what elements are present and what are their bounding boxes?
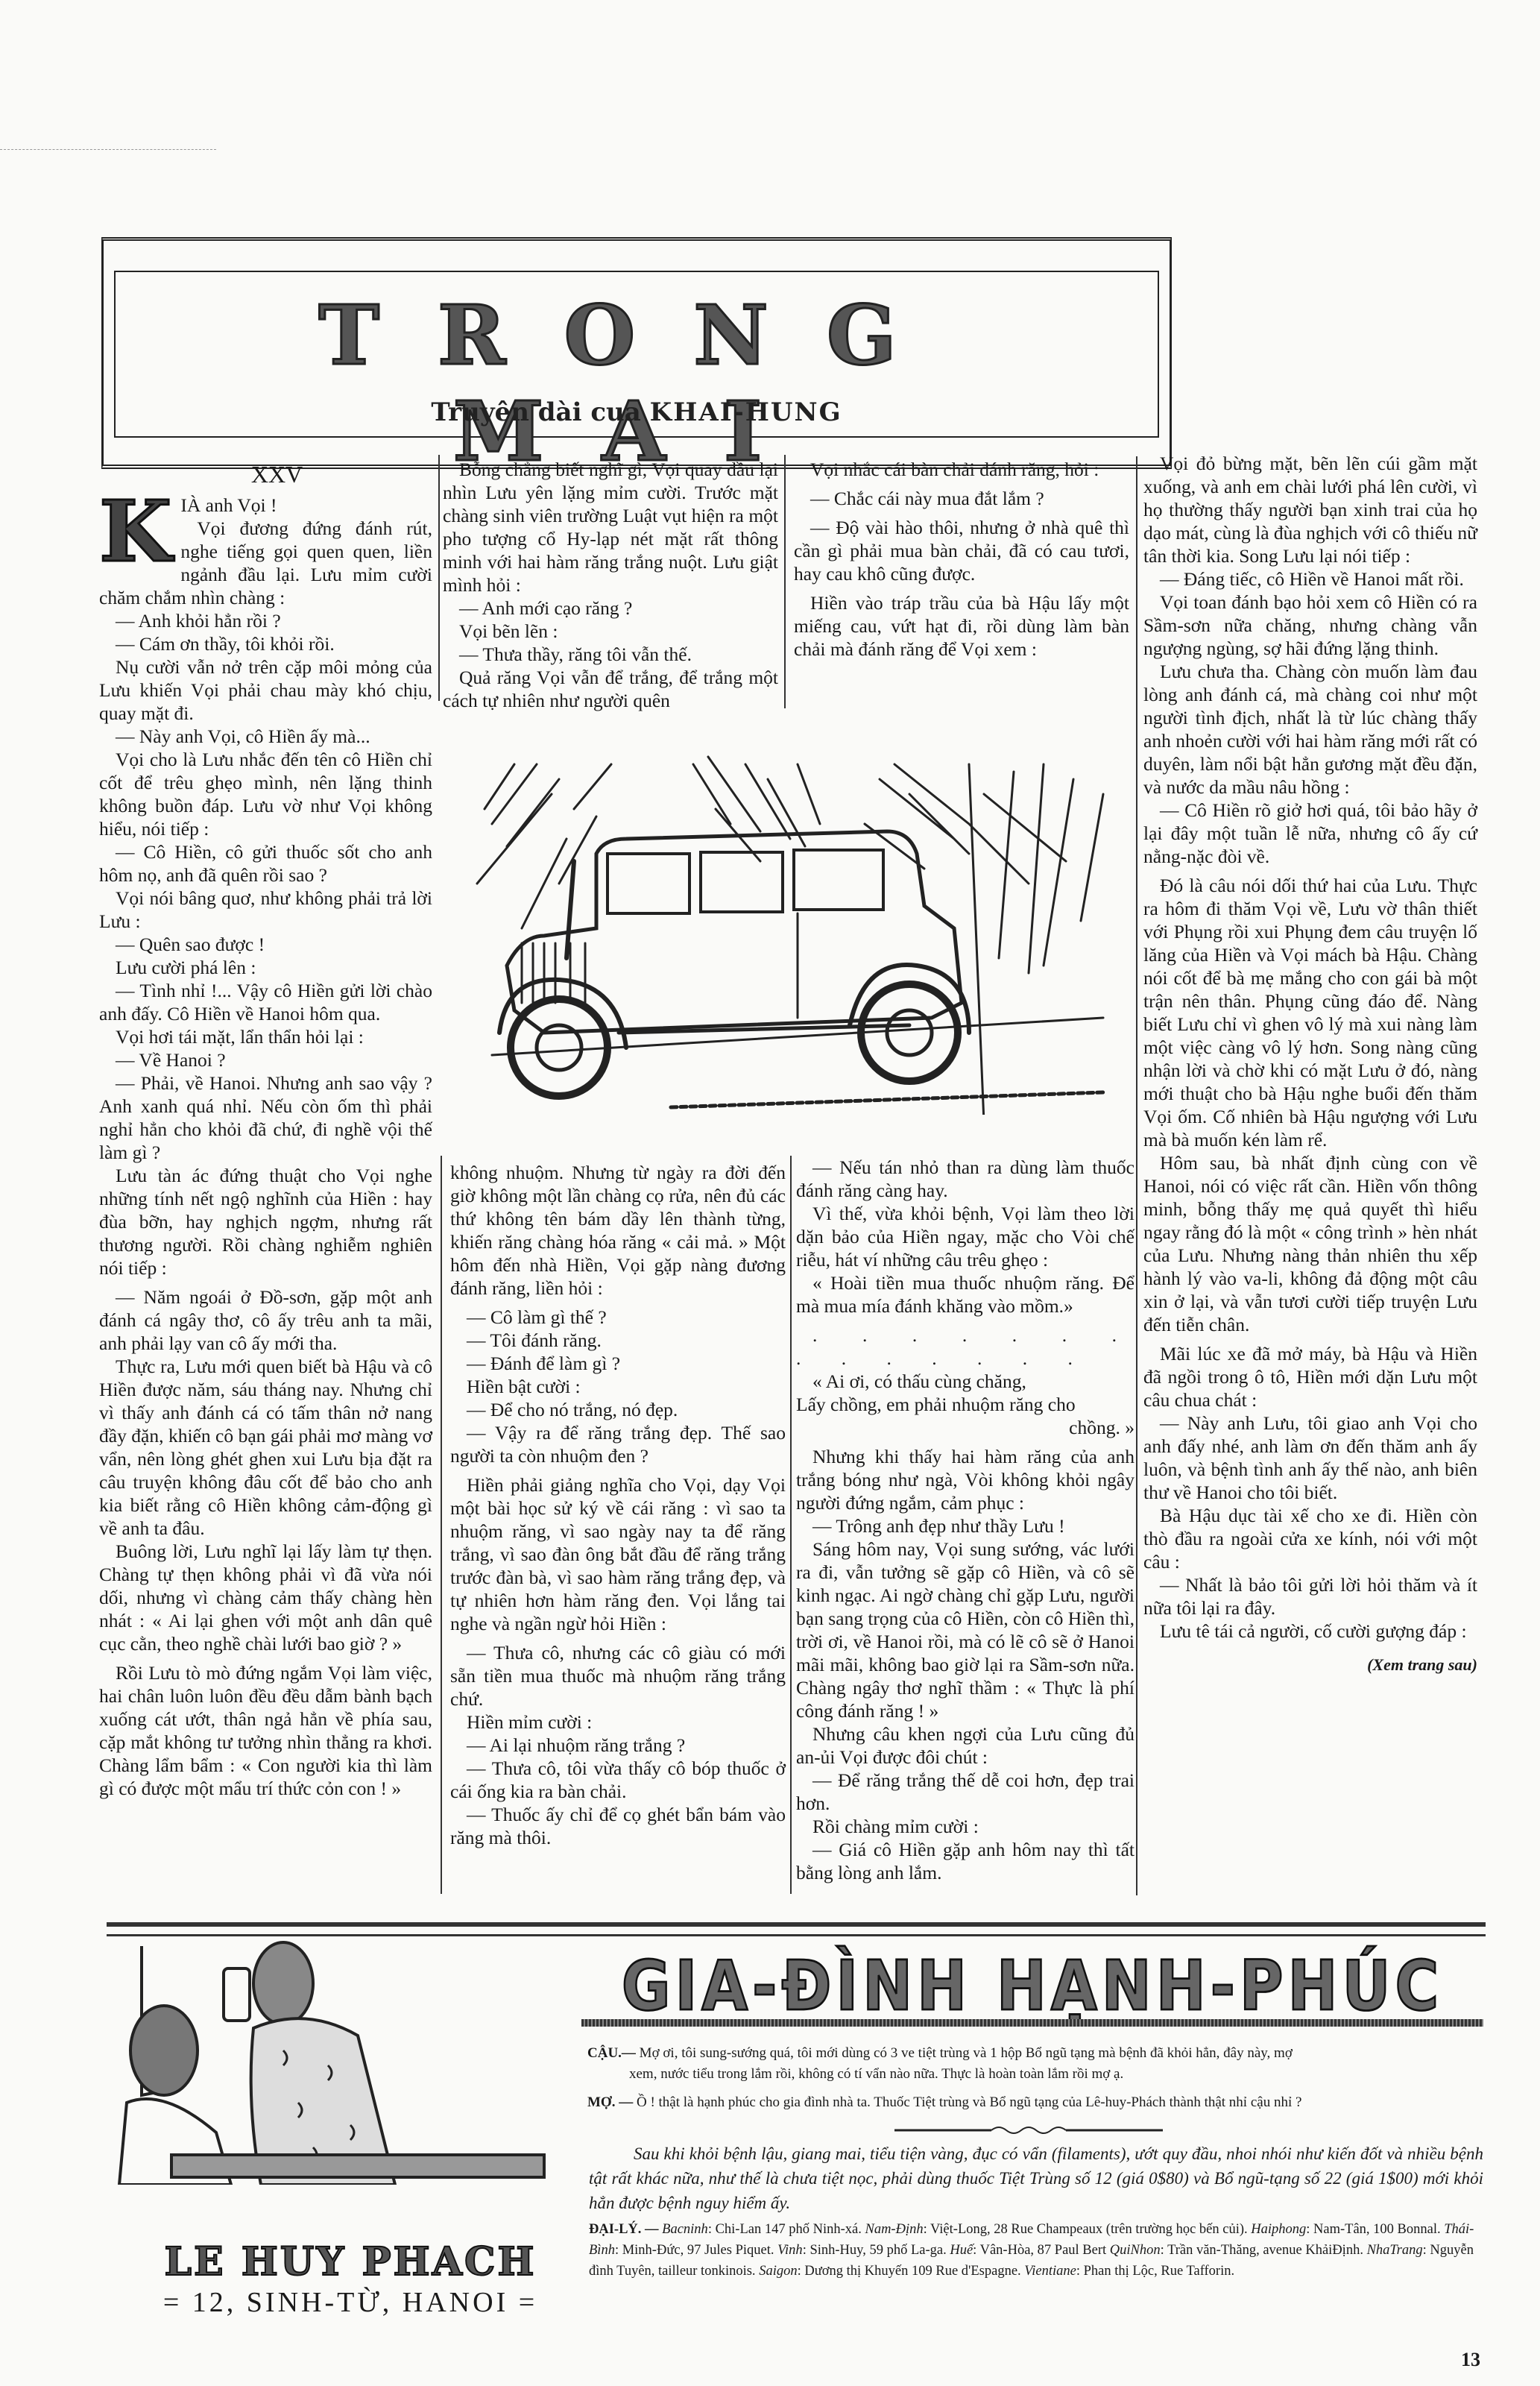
dialog-text: Ồ ! thật là hạnh phúc cho gia đình nhà t…: [637, 2094, 1301, 2110]
paragraph: Mãi lúc xe đã mở máy, bà Hậu và Hiền đã …: [1143, 1342, 1477, 1411]
verse-line: Lấy chồng, em phải nhuộm răng cho: [796, 1393, 1135, 1416]
column-divider: [790, 1156, 792, 1894]
paragraph: — Giá cô Hiền gặp anh hôm nay thì tất bằ…: [796, 1838, 1135, 1884]
ad-dialog-wife: MỢ. — Ồ ! thật là hạnh phúc cho gia đình…: [587, 2092, 1482, 2113]
agent-city: Vinh: [777, 2243, 803, 2258]
agents-label: ĐẠI-LÝ. —: [589, 2222, 659, 2237]
column-divider: [441, 1156, 442, 1894]
column-divider: [1136, 456, 1137, 1895]
paragraph: — Nếu tán nhỏ than ra dùng làm thuốc đán…: [796, 1156, 1135, 1202]
advertiser-address: = 12, SINH-TỪ, HANOI =: [142, 2286, 559, 2319]
paragraph: — Này anh Lưu, tôi giao anh Vọi cho anh …: [1143, 1411, 1477, 1504]
drop-cap-letter: K: [99, 498, 171, 567]
paragraph: Lưu tê tái cả người, cố cười gượng đáp :: [1143, 1619, 1477, 1643]
agent-city: Bacninh: [662, 2222, 708, 2237]
verse-line: « Hoài tiền mua thuốc nhuộm răng. Để mà …: [796, 1271, 1135, 1318]
column-divider: [438, 455, 440, 701]
paragraph: Bà Hậu dục tài xế cho xe đi. Hiền còn th…: [1143, 1504, 1477, 1573]
article-column-2-bottom: không nhuộm. Nhưng từ ngày ra đời đến gi…: [450, 1161, 786, 1849]
title-banner: TRONG MAI Truyên dài cua KHAI-HUNG: [101, 237, 1172, 469]
car-illustration: [447, 734, 1133, 1115]
couple-illustration: [112, 1939, 559, 2185]
headline-underline: [581, 2019, 1483, 2027]
paragraph: Vọi nói bâng quơ, như không phải trả lời…: [99, 887, 432, 933]
paragraph: — Thuốc ấy chỉ để cọ ghét bẩn bám vào ră…: [450, 1803, 786, 1849]
paragraph: — Trông anh đẹp như thầy Lưu !: [796, 1514, 1135, 1537]
paragraph: — Thưa cô, nhưng các cô giàu có mới sẵn …: [450, 1641, 786, 1710]
agent-info: Minh-Đức, 97 Jules Piquet.: [622, 2243, 774, 2258]
paragraph: — Phải, về Hanoi. Nhưng anh sao vậy ? An…: [99, 1071, 432, 1164]
paragraph: — Tôi đánh răng.: [450, 1329, 786, 1352]
ad-dialog-husband: CẬU.— Mợ ơi, tôi sung-sướng quá, tôi mới…: [587, 2043, 1482, 2085]
paragraph: — Quên sao được !: [99, 933, 432, 956]
agent-info: Phan thị Lộc, Rue Tafforin.: [1084, 2264, 1235, 2279]
paragraph: Vọi cho là Lưu nhắc đến tên cô Hiền chỉ …: [99, 748, 432, 840]
paragraph: Sáng hôm nay, Vọi sung sướng, vác lưới r…: [796, 1537, 1135, 1722]
paragraph: Hiền vào tráp trầu của bà Hậu lấy một mi…: [794, 591, 1129, 661]
paragraph: Vọi bẽn lẽn :: [443, 620, 778, 643]
agent-city: NhaTrang: [1367, 2243, 1423, 2258]
verse-line: « Ai ơi, có thấu cùng chăng,: [796, 1370, 1135, 1393]
paragraph: — Thưa thầy, răng tôi vẫn thế.: [443, 643, 778, 666]
agent-info: Vân-Hòa, 87 Paul Bert: [980, 2243, 1107, 2258]
paragraph: Vọi hơi tái mặt, lẩn thẩn hỏi lại :: [99, 1025, 432, 1048]
ornament-divider-icon: [894, 2125, 1163, 2135]
paragraph: Hiền bật cười :: [450, 1375, 786, 1398]
paragraph: Lưu tàn ác đứng thuật cho Vọi nghe những…: [99, 1164, 432, 1279]
agent-info: Dương thị Khuyến 109 Rue d'Espagne.: [804, 2264, 1020, 2279]
title-banner-inner-frame: TRONG MAI Truyên dài cua KHAI-HUNG: [114, 271, 1159, 438]
article-column-3-top: Vọi nhắc cái bàn chải đánh răng, hỏi : —…: [794, 458, 1129, 661]
paragraph: Nhưng câu khen ngợi của Lưu cũng đủ an-ủ…: [796, 1722, 1135, 1769]
paragraph: Vì thế, vừa khỏi bệnh, Vọi làm theo lời …: [796, 1202, 1135, 1271]
serial-subtitle: Truyên dài cua KHAI-HUNG: [116, 397, 1158, 427]
paragraph: Vọi toan đánh bạo hỏi xem cô Hiền có ra …: [1143, 591, 1477, 660]
article-column-2-top: Bỗng chẳng biết nghĩ gì, Vọi quay đầu lạ…: [443, 458, 778, 712]
agent-city: Haiphong: [1251, 2222, 1306, 2237]
paragraph: Nụ cười vẫn nở trên cặp môi mỏng của Lưu…: [99, 655, 432, 725]
agent-info: Việt-Long, 28 Rue Champeaux (trên trường…: [930, 2222, 1248, 2237]
serial-title: TRONG MAI: [116, 287, 1158, 479]
agent-info: Chi-Lan 147 phố Ninh-xá.: [716, 2222, 862, 2237]
paragraph: không nhuộm. Nhưng từ ngày ra đời đến gi…: [450, 1161, 786, 1300]
agent-city: Saigon: [759, 2264, 797, 2279]
paragraph: Hiền phải giảng nghĩa cho Vọi, dạy Vọi m…: [450, 1473, 786, 1635]
paragraph: Vọi đỏ bừng mặt, bẽn lẽn cúi gầm mặt xuố…: [1143, 452, 1477, 567]
agent-city: Huế: [950, 2243, 973, 2258]
author-name: KHAI-HUNG: [650, 397, 842, 427]
article-column-3-bottom: — Nếu tán nhỏ than ra dùng làm thuốc đán…: [796, 1156, 1135, 1884]
subtitle-prefix: Truyên dài cua: [431, 397, 640, 427]
paragraph: Thực ra, Lưu mới quen biết bà Hậu và cô …: [99, 1355, 432, 1540]
paragraph: — Đánh để làm gì ?: [450, 1352, 786, 1375]
paragraph: — Tình nhỉ !... Vậy cô Hiền gửi lời chào…: [99, 979, 432, 1025]
agent-info: Trần văn-Thăng, avenue KhảiĐịnh.: [1167, 2243, 1363, 2258]
paragraph: — Cô Hiền rõ giở hơi quá, tôi bảo hãy ở …: [1143, 799, 1477, 868]
ellipsis-row: . . . . . . . . . . . . . .: [796, 1323, 1135, 1370]
dialog-text: Mợ ơi, tôi sung-sướng quá, tôi mới dùng …: [640, 2045, 1293, 2061]
paragraph: — Vậy ra để răng trắng đẹp. Thế sao ngườ…: [450, 1421, 786, 1467]
agent-city: Vientiane: [1024, 2264, 1076, 2279]
paragraph: — Cám ơn thầy, tôi khỏi rồi.: [99, 632, 432, 655]
paragraph: — Này anh Vọi, cô Hiền ấy mà...: [99, 725, 432, 748]
agent-info: Sinh-Huy, 59 phố La-ga.: [810, 2243, 946, 2258]
column-divider: [784, 455, 786, 708]
paragraph: — Ai lại nhuộm răng trắng ?: [450, 1734, 786, 1757]
paragraph: Buông lời, Lưu nghĩ lại lấy làm tự thẹn.…: [99, 1540, 432, 1655]
paragraph: — Anh mới cạo răng ?: [443, 596, 778, 620]
paragraph: — Anh khỏi hẳn rồi ?: [99, 609, 432, 632]
advertiser-brand: LE HUY PHACH: [130, 2239, 570, 2285]
paragraph: Hiền mỉm cười :: [450, 1710, 786, 1734]
paragraph: Đó là câu nói dối thứ hai của Lưu. Thực …: [1143, 874, 1477, 1151]
paragraph: — Độ vài hào thôi, nhưng ở nhà quê thì c…: [794, 516, 1129, 585]
paragraph: Lưu chưa tha. Chàng còn muốn làm đau lòn…: [1143, 660, 1477, 799]
advertisement-top-rule: [107, 1922, 1486, 1936]
paragraph: — Năm ngoái ở Đồ-sơn, gặp một anh đánh c…: [99, 1285, 432, 1355]
article-column-1: XXV K IÀ anh Vọi ! Vọi đương đứng đánh r…: [99, 459, 432, 1800]
paragraph: — Đáng tiếc, cô Hiền về Hanoi mất rồi.: [1143, 567, 1477, 591]
speaker-label: MỢ. —: [587, 2094, 633, 2110]
agent-info: Nam-Tân, 100 Bonnal.: [1313, 2222, 1441, 2237]
top-dashed-rule: [0, 149, 216, 150]
speaker-label: CẬU.—: [587, 2045, 636, 2061]
dialog-continuation: xem, nước tiểu trong lắm rồi, không có t…: [587, 2064, 1482, 2085]
paragraph: Quả răng Vọi vẫn để trắng, để trắng một …: [443, 666, 778, 712]
article-column-4: Vọi đỏ bừng mặt, bẽn lẽn cúi gầm mặt xuố…: [1143, 452, 1477, 1676]
agents-list: ĐẠI-LÝ. — Bacninh: Chi-Lan 147 phố Ninh-…: [589, 2219, 1483, 2282]
paragraph: Hôm sau, bà nhất định cùng con về Hanoi,…: [1143, 1151, 1477, 1336]
paragraph: — Cô làm gì thế ?: [450, 1306, 786, 1329]
agent-city: QuiNhon: [1110, 2243, 1161, 2258]
paragraph: — Chắc cái này mua đắt lắm ?: [794, 487, 1129, 510]
paragraph: Vọi nhắc cái bàn chải đánh răng, hỏi :: [794, 458, 1129, 481]
paragraph: — Về Hanoi ?: [99, 1048, 432, 1071]
paragraph: — Nhất là bảo tôi gửi lời hỏi thăm và ít…: [1143, 1573, 1477, 1619]
paragraph: — Cô Hiền, cô gửi thuốc sốt cho anh hôm …: [99, 840, 432, 887]
verse-line: chồng. »: [796, 1416, 1135, 1439]
continued-on-next-page: (Xem trang sau): [1143, 1653, 1477, 1676]
paragraph: — Để răng trắng thế dễ coi hơn, đẹp trai…: [796, 1769, 1135, 1815]
paragraph: Rồi chàng mỉm cười :: [796, 1815, 1135, 1838]
paragraph: Rồi Lưu tò mò đứng ngắm Vọi làm việc, ha…: [99, 1661, 432, 1800]
page-number: 13: [1461, 2349, 1480, 2371]
paragraph: Nhưng khi thấy hai hàm răng của anh trắn…: [796, 1445, 1135, 1514]
agent-city: Nam-Định: [865, 2222, 923, 2237]
paragraph: Lưu cười phá lên :: [99, 956, 432, 979]
advertisement-headline: GIA-ĐÌNH HẠNH-PHÚC: [581, 1946, 1483, 2026]
paragraph: — Để cho nó trắng, nó đẹp.: [450, 1398, 786, 1421]
paragraph: Bỗng chẳng biết nghĩ gì, Vọi quay đầu lạ…: [443, 458, 778, 596]
paragraph: — Thưa cô, tôi vừa thấy cô bóp thuốc ở c…: [450, 1757, 786, 1803]
advertisement-body: Sau khi khỏi bệnh lậu, giang mai, tiểu t…: [589, 2141, 1483, 2215]
